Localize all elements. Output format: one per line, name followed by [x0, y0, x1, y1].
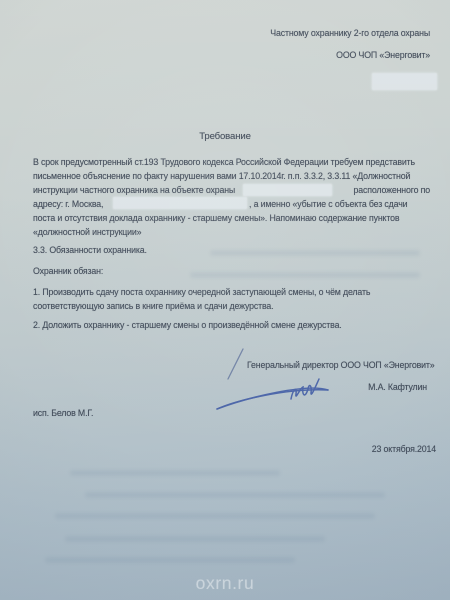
signer-name: М.А. Кафтулин — [368, 382, 427, 392]
bleed-through-streak — [70, 470, 280, 476]
paragraph1-line3-after: расположенного по — [353, 185, 430, 195]
list-item1-line1: 1. Производить сдачу поста охраннику оче… — [33, 287, 370, 297]
bleed-through-streak — [45, 557, 295, 563]
paragraph1-line4-before: адресу: г. Москва, — [33, 199, 103, 209]
paragraph1-line6: «должностной инструкции» — [33, 227, 141, 237]
redaction-box-recipient-name — [372, 73, 437, 90]
handwritten-signature — [215, 376, 337, 414]
paragraph1-line2: письменное объяснение по факту нарушения… — [33, 171, 410, 181]
paragraph1-line1: В срок предусмотренный ст.193 Трудового … — [33, 157, 415, 167]
bleed-through-streak — [85, 492, 385, 498]
paragraph1-line5: поста и отсутствия доклада охраннику - с… — [33, 213, 399, 223]
document-date: 23 октября.2014 — [372, 444, 436, 454]
document-title: Требование — [0, 131, 450, 142]
section-subheading: Охранник обязан: — [33, 266, 103, 276]
bleed-through-streak — [55, 513, 375, 519]
bleed-through-streak — [65, 536, 325, 542]
signer-position-title: Генеральный директор ООО ЧОП «Энерговит» — [247, 360, 435, 370]
document-photo: Частному охраннику 2-го отдела охраны ОО… — [0, 0, 450, 600]
section-heading: 3.3. Обязанности охранника. — [33, 245, 147, 255]
company-line: ООО ЧОП «Энерговит» — [336, 50, 430, 60]
executor-line: исп. Белов М.Г. — [33, 408, 93, 418]
paragraph1-line4-after: , а именно «убытие с объекта без сдачи — [249, 199, 407, 209]
paragraph1-line3-before: инструкции частного охранника на объекте… — [33, 185, 235, 195]
redaction-box-object-name — [243, 184, 332, 196]
list-item1-line2: соответствующую запись в книге приёма и … — [33, 301, 273, 311]
site-watermark: oxrn.ru — [0, 573, 450, 594]
bleed-through-streak — [210, 250, 420, 256]
recipient-line: Частному охраннику 2-го отдела охраны — [270, 28, 430, 38]
photo-vignette-overlay — [0, 0, 450, 600]
redaction-box-address — [113, 197, 247, 209]
list-item2: 2. Доложить охраннику - старшему смены о… — [33, 320, 342, 330]
bleed-through-streak — [190, 272, 420, 278]
